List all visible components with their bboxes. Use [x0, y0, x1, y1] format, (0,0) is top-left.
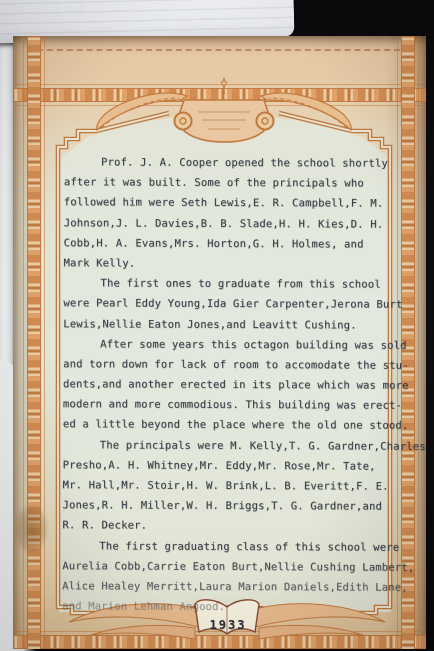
text-line: The principals were M. Kelly,T. G. Gardn… [63, 435, 413, 457]
paragraph-3: After some years this octagon building w… [63, 334, 413, 436]
paragraph-1: Prof. J. A. Cooper opened the school sho… [63, 152, 414, 275]
paragraph-5: The first graduating class of this schoo… [62, 536, 412, 618]
text-line: The first ones to graduate from this sch… [63, 273, 413, 295]
text-line: Mark Kelly. [63, 253, 413, 275]
text-line: Mr. Hall,Mr. Stoir,H. W. Brink,L. B. Eve… [63, 475, 413, 497]
text-line: Aurelia Cobb,Carrie Eaton Burt,Nellie Cu… [62, 556, 412, 578]
text-line: modern and more commodious. This buildin… [63, 394, 413, 416]
text-line: Alice Healey Merritt,Laura Marion Daniel… [62, 576, 412, 598]
text-line: Presho,A. H. Whitney,Mr. Eddy,Mr. Rose,M… [63, 455, 413, 477]
paragraph-4: The principals were M. Kelly,T. G. Gardn… [62, 435, 412, 537]
text-line: were Pearl Eddy Young,Ida Gier Carpenter… [63, 294, 413, 316]
text-line: and torn down for lack of room to accomo… [63, 354, 413, 376]
text-line: dents,and another erected in its place w… [63, 374, 413, 396]
photograph-of-scrapbook-page: Prof. J. A. Cooper opened the school sho… [0, 0, 434, 651]
text-line: Johnson,J. L. Davies,B. B. Slade,H. H. K… [64, 213, 414, 235]
text-line: The first graduating class of this schoo… [62, 536, 412, 558]
page-stain [14, 505, 48, 553]
typed-text-block: Prof. J. A. Cooper opened the school sho… [62, 152, 414, 618]
year-label: 1933 [199, 618, 257, 632]
text-line: and Marion Lehman Angood. [62, 596, 412, 618]
paragraph-2: The first ones to graduate from this sch… [63, 273, 413, 335]
text-line: Cobb,H. A. Evans,Mrs. Horton,G. H. Holme… [64, 233, 414, 255]
text-line: R. R. Decker. [62, 516, 412, 538]
album-page: Prof. J. A. Cooper opened the school sho… [13, 36, 426, 649]
text-line: after it was built. Some of the principa… [64, 172, 414, 194]
text-line: Lewis,Nellie Eaton Jones,and Leavitt Cus… [63, 314, 413, 336]
text-line: Prof. J. A. Cooper opened the school sho… [64, 152, 414, 174]
text-line: followed him were Seth Lewis,E. R. Campb… [64, 193, 414, 215]
text-line: After some years this octagon building w… [63, 334, 413, 356]
text-line: ed a little beyond the place where the o… [63, 415, 413, 437]
text-line: Jones,R. H. Miller,W. H. Briggs,T. G. Ga… [62, 495, 412, 517]
crest-ornament [97, 78, 351, 142]
